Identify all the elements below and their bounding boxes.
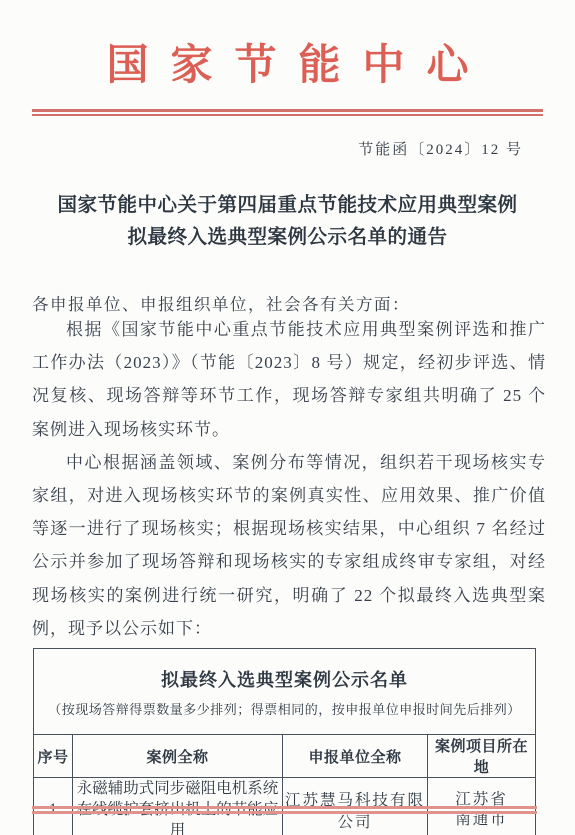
- notice-body: 根据《国家节能中心重点节能技术应用典型案例评选和推广工作办法（2023）》（节能…: [32, 313, 546, 645]
- doc-number: 节能函〔2024〕12 号: [358, 138, 523, 159]
- table-header-row: 序号 案例全称 申报单位全称 案例项目所在地: [34, 735, 536, 778]
- table-caption: 拟最终入选典型案例公示名单: [36, 666, 533, 692]
- bottom-rule: [32, 806, 537, 814]
- table-caption-note: （按现场答辩得票数量多少排列；得票相同的，按申报单位申报时间先后排列）: [36, 699, 533, 718]
- table-caption-cell: 拟最终入选典型案例公示名单 （按现场答辩得票数量多少排列；得票相同的，按申报单位…: [34, 649, 536, 735]
- notice-title-line2: 拟最终入选典型案例公示名单的通告: [28, 222, 547, 254]
- header-rule: [32, 109, 543, 116]
- col-header-applicant: 申报单位全称: [283, 735, 428, 778]
- notice-title: 国家节能中心关于第四届重点节能技术应用典型案例 拟最终入选典型案例公示名单的通告: [28, 190, 547, 254]
- body-paragraph-1: 根据《国家节能中心重点节能技术应用典型案例评选和推广工作办法（2023）》（节能…: [32, 313, 546, 446]
- body-paragraph-2: 中心根据涵盖领域、案例分布等情况，组织若干现场核实专家组，对进入现场核实环节的案…: [32, 446, 546, 645]
- org-title: 国家节能中心: [0, 40, 575, 93]
- col-header-location: 案例项目所在地: [428, 735, 536, 778]
- salutation: 各申报单位、申报组织单位，社会各有关方面：: [32, 291, 546, 315]
- col-header-case-name: 案例全称: [73, 735, 283, 778]
- notice-title-line1: 国家节能中心关于第四届重点节能技术应用典型案例: [28, 190, 547, 222]
- col-header-no: 序号: [34, 735, 73, 778]
